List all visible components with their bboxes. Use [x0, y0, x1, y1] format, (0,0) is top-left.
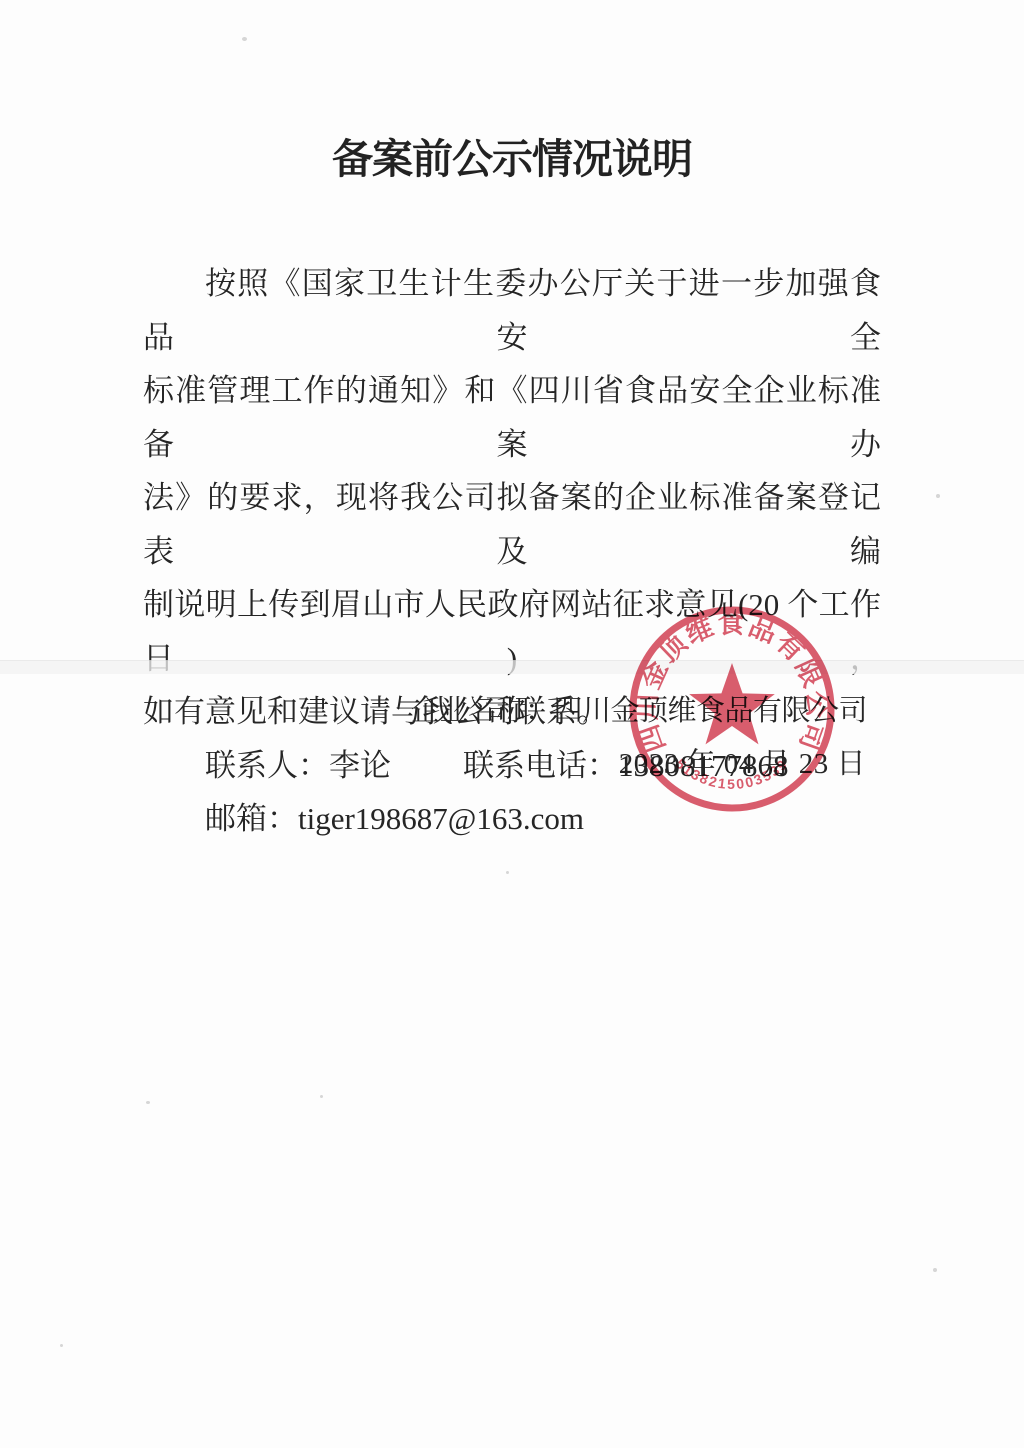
document-title: 备案前公示情况说明: [0, 126, 1024, 185]
seal-serial-number: 5138215003539: [673, 755, 792, 792]
scan-artifact-line: [0, 660, 1024, 674]
body-line-2: 标准管理工作的通知》和《四川省食品安全企业标准备案办: [143, 364, 881, 471]
company-seal-stamp: 四川金顶维食品有限公司 5138215003539: [627, 604, 837, 814]
contact-person-label: 联系人：: [205, 748, 329, 783]
svg-text:5138215003539: 5138215003539: [673, 755, 792, 792]
body-line-1: 按照《国家卫生计生委办公厅关于进一步加强食品安全: [143, 257, 881, 364]
body-line-3: 法》的要求，现将我公司拟备案的企业标准备案登记表及编: [143, 471, 881, 578]
email-value: tiger198687@163.com: [298, 801, 584, 836]
seal-star-icon: [689, 663, 775, 744]
scanned-document-page: 备案前公示情况说明 按照《国家卫生计生委办公厅关于进一步加强食品安全 标准管理工…: [0, 0, 1024, 1448]
contact-person-value: 李论: [329, 748, 391, 783]
email-label: 邮箱：: [205, 801, 298, 836]
company-name-label: 企业名称：: [411, 695, 554, 727]
contact-phone-label: 联系电话：: [463, 748, 618, 783]
